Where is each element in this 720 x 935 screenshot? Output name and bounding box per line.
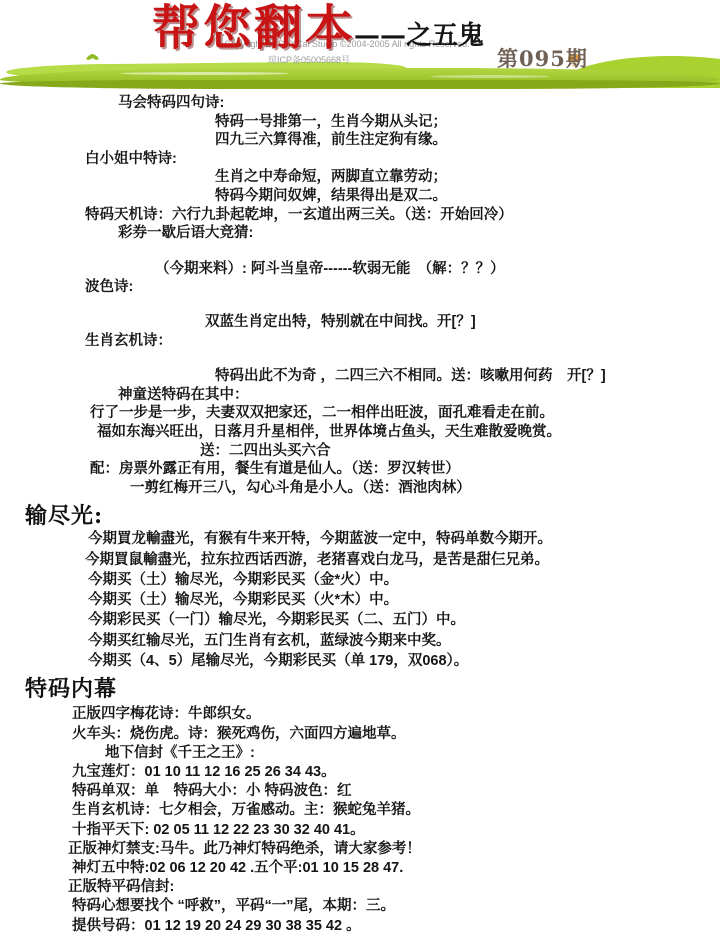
- poems-section: 马会特码四句诗: 特码一号排第一，生肖今期从头记； 四九三六算得准，前生注定狗有…: [0, 94, 720, 497]
- tip-sheet-page: Copyright By DeXCai Studio ©2004-2005 Al…: [0, 0, 720, 935]
- shuijinguang-line: 今期買鼠輸盡光，拉东拉西话西游，老猪喜戏白龙马，是苦是甜仨兄弟。: [85, 550, 720, 570]
- poem-line: 一剪红梅开三八，勾心斗角是小人。（送：酒池肉林）: [130, 479, 720, 498]
- neimu-line: 正版神灯禁支:马牛。此乃神灯特码绝杀，请大家参考！: [68, 840, 720, 859]
- poem-heading: 波色诗:: [85, 278, 720, 297]
- grass-highlight: [430, 75, 550, 78]
- shuijinguang-line: 今期買龙輸盡光，有猴有牛来开特，今期蓝波一定中，特码单数今期开。: [88, 529, 720, 549]
- neimu-line: 特码心想要找个 “呼救”，平码“一”尾，本期：三。: [72, 897, 720, 916]
- neimu-line: 神灯五中特:02 06 12 20 42 .五个平:01 10 15 28 47…: [72, 859, 720, 878]
- neimu-line: 特码单双：单 特码大小：小 特码波色：红: [72, 782, 720, 801]
- poem-line: （今期来料）: 阿斗当皇帝------软弱无能 （解：？？）: [155, 260, 720, 279]
- neimu-line: 火车头：烧伤虎。诗：猴死鸡伤，六面四方遍地草。: [72, 725, 720, 744]
- poem-line: 特码一号排第一，生肖今期从头记；: [215, 113, 720, 132]
- poem-line: 双蓝生肖定出特，特别就在中间找。开[？]: [205, 313, 720, 332]
- neimu-line: 十指平天下: 02 05 11 12 22 23 30 32 40 41。: [72, 821, 720, 840]
- neimu-line: 正版四字梅花诗：牛郎织女。: [72, 705, 720, 724]
- grass-highlight: [120, 72, 290, 75]
- title-row: 帮您翻本 ——之五鬼: [152, 2, 484, 54]
- poem-heading: 神童送特码在其中：: [118, 386, 720, 405]
- poem-line: 配：房票外露正有用，餐生有道是仙人。（送：罗汉转世）: [90, 460, 720, 479]
- shuijinguang-line: 今期买红输尽光，五门生肖有玄机，蓝绿波今期来中奖。: [88, 631, 720, 651]
- shuijinguang-line: 今期买（4、5）尾输尽光，今期彩民买（单 179，双068）。: [88, 651, 720, 671]
- neimu-line: 提供号码：01 12 19 20 24 29 30 38 35 42 。: [72, 917, 720, 935]
- shuijinguang-line: 今期买（土）输尽光，今期彩民买（金*火）中。: [88, 570, 720, 590]
- poem-line: 福如东海兴旺出，日落月升星相伴，世界体境占鱼头，天生难散爱晚赏。: [97, 423, 720, 442]
- poem-heading: 马会特码四句诗:: [118, 94, 720, 113]
- shuijinguang-line: 今期买（土）输尽光，今期彩民买（火*木）中。: [88, 590, 720, 610]
- poem-line: 生肖之中寿命短，两脚直立靠劳动；: [215, 168, 720, 187]
- grass-hill-base: [0, 80, 720, 89]
- poem-line: 特码天机诗：六行九卦起乾坤，一玄道出两三关。（送：开始回冷）: [85, 206, 720, 225]
- issue-number: 第095期: [497, 43, 588, 73]
- poem-line: 特码出此不为奇 ，二四三六不相同。送：咳嗽用何药 开[？]: [215, 367, 720, 386]
- poem-line: 特码今期问奴婢，结果得出是双二。: [215, 187, 720, 206]
- neimu-line: 九宝莲灯：01 10 11 12 16 25 26 34 43。: [72, 763, 720, 782]
- shuijinguang-heading: 输尽光:: [25, 503, 720, 529]
- neimu-heading: 特码内幕: [25, 676, 720, 702]
- page-header: Copyright By DeXCai Studio ©2004-2005 Al…: [0, 0, 720, 94]
- poem-line: 四九三六算得准，前生注定狗有缘。: [215, 131, 720, 150]
- neimu-line: 地下信封《千王之王》:: [105, 744, 720, 763]
- poem-line: 送：二四出头买六合: [200, 442, 720, 461]
- page-title: 帮您翻本: [152, 2, 356, 54]
- neimu-line: 生肖玄机诗：七夕相会，万雀感动。主：猴蛇兔羊猪。: [72, 801, 720, 820]
- shuijinguang-line: 今期彩民买（一门）输尽光，今期彩民买（二、五门）中。: [88, 610, 720, 630]
- poem-heading: 彩券一歇后语大竞猜:: [118, 224, 720, 243]
- shuijinguang-section: 输尽光: 今期買龙輸盡光，有猴有牛来开特，今期蓝波一定中，特码单数今期开。 今期…: [0, 503, 720, 671]
- neimu-line: 正版特平码信封:: [68, 878, 720, 897]
- sheet-content: 马会特码四句诗: 特码一号排第一，生肖今期从头记； 四九三六算得准，前生注定狗有…: [0, 94, 720, 935]
- poem-line: 行了一步是一步，夫妻双双把家还，二一相伴出旺波，面孔难看走在前。: [90, 404, 720, 423]
- page-subtitle: ——之五鬼: [354, 21, 484, 51]
- poem-heading: 生肖玄机诗：: [85, 332, 720, 351]
- neimu-section: 特码内幕 正版四字梅花诗：牛郎织女。 火车头：烧伤虎。诗：猴死鸡伤，六面四方遍地…: [0, 676, 720, 935]
- poem-heading: 白小姐中特诗:: [85, 150, 720, 169]
- sprout-icon: [86, 53, 98, 63]
- grass-banner: [0, 58, 720, 94]
